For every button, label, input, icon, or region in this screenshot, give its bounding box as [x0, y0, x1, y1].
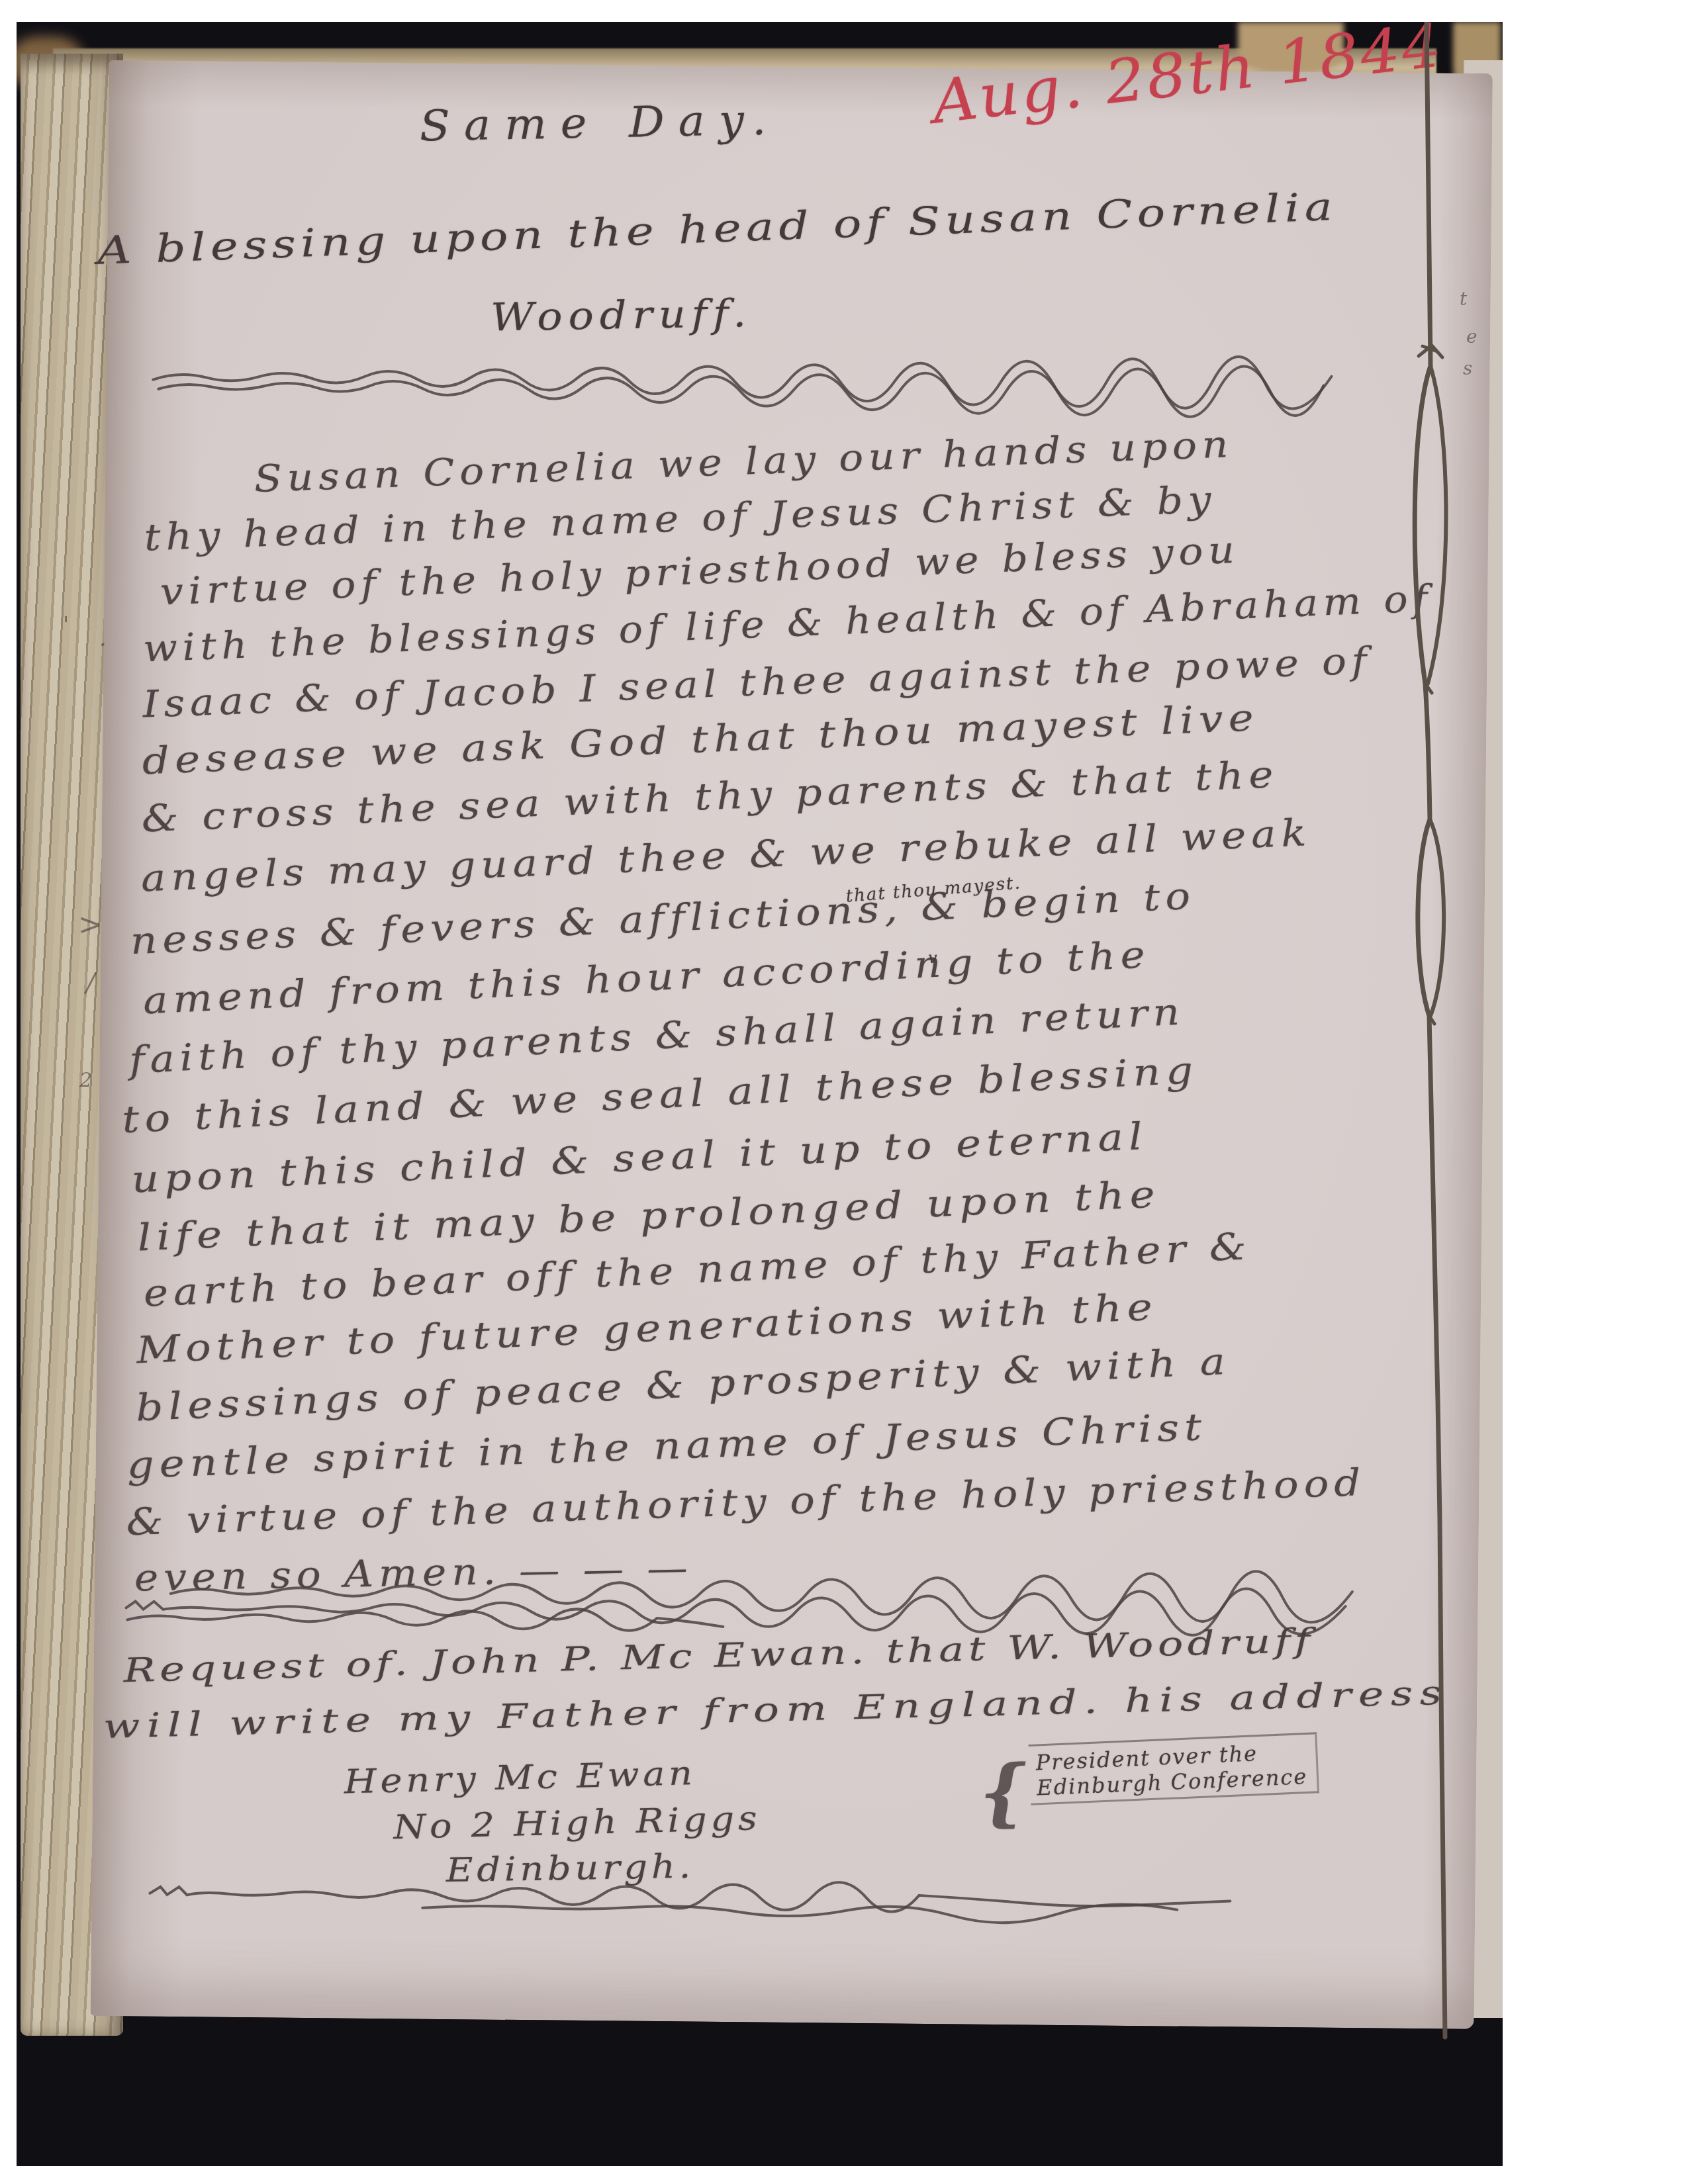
postscript-line: Henry Mc Ewan: [344, 1754, 696, 1801]
postscript-line: No 2 High Riggs: [393, 1799, 761, 1846]
title-line-2: Woodruff.: [491, 291, 753, 340]
scanned-journal-page: { "document": { "kind": "handwritten jou…: [0, 0, 1688, 2184]
header-date-red-ink: Aug. 28th 1844: [929, 22, 1447, 138]
manuscript-page: Same Day. Aug. 28th 1844 A blessing upon…: [91, 60, 1493, 2029]
margin-mark: ': [63, 612, 69, 639]
side-note-brace: {: [978, 1749, 1027, 1835]
margin-mark: >: [78, 908, 103, 942]
margin-mark: /: [86, 968, 95, 998]
book-scan-photo: Same Day. Aug. 28th 1844 A blessing upon…: [17, 22, 1503, 2166]
margin-mark: ·: [99, 632, 107, 659]
title-line-1: A blessing upon the head of Susan Cornel…: [97, 184, 1338, 273]
header-same-day: Same Day.: [419, 96, 780, 152]
margin-mark: 2: [79, 1069, 92, 1092]
binding-thread: [1400, 22, 1486, 2037]
side-note-box: President over the Edinburgh Conference: [1029, 1732, 1320, 1805]
closing-flourish: [144, 1871, 1237, 1929]
title-underline-flourish: [149, 360, 1340, 411]
